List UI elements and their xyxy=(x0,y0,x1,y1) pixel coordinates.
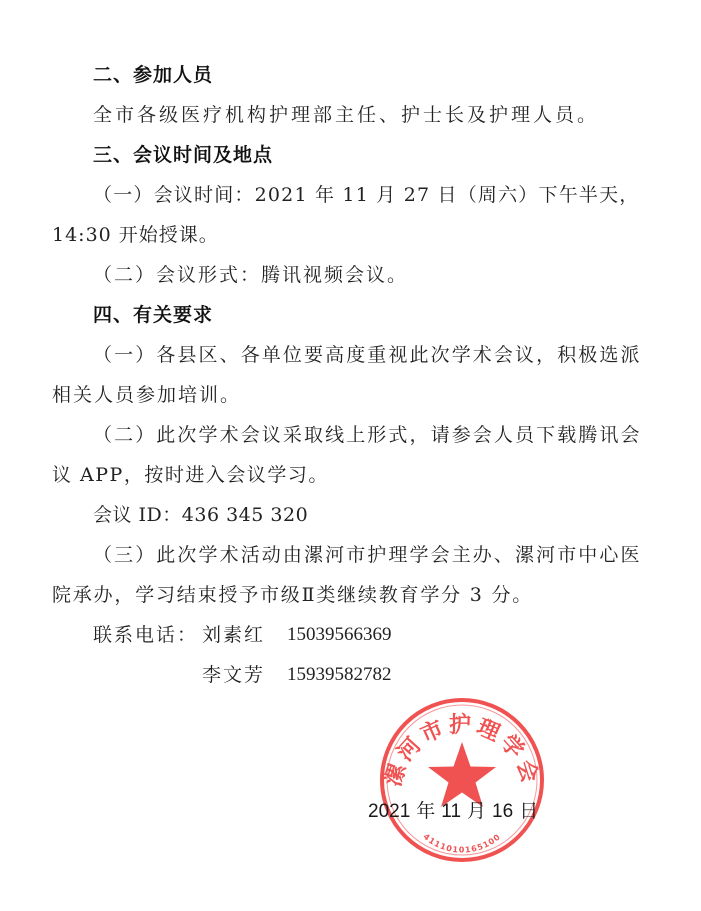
paragraph-requirement-3-line2: 院承办，学习结束授予市级Ⅱ类继续教育学分 3 分。 xyxy=(52,583,533,607)
paragraph-requirement-1-line2: 相关人员参加培训。 xyxy=(52,383,241,407)
paragraph-participants: 全市各级医疗机构护理部主任、护士长及护理人员。 xyxy=(93,103,599,127)
star-icon xyxy=(428,742,496,807)
contact-name-2: 李文芳 xyxy=(202,663,265,687)
paragraph-meeting-time-line1: （一）会议时间：2021 年 11 月 27 日（周六）下午半天， xyxy=(93,183,640,207)
date-year: 2021 xyxy=(368,801,410,822)
section-heading-requirements: 四、有关要求 xyxy=(93,303,213,327)
contact-phone-1: 15039566369 xyxy=(287,623,392,647)
paragraph-meeting-time-line2: 14:30 开始授课。 xyxy=(52,223,219,247)
date-year-unit: 年 xyxy=(416,801,435,822)
paragraph-requirement-3-line1: （三）此次学术活动由漯河市护理学会主办、漯河市中心医 xyxy=(93,543,642,567)
paragraph-requirement-2-line1: （二）此次学术会议采取线上形式，请参会人员下载腾讯会 xyxy=(93,423,642,447)
date-month: 11 xyxy=(441,801,461,822)
paragraph-meeting-format: （二）会议形式：腾讯视频会议。 xyxy=(93,263,408,287)
section-heading-participants: 二、参加人员 xyxy=(93,63,213,87)
contact-label: 联系电话： xyxy=(93,623,198,647)
signature-date: 2021年11月16日 xyxy=(368,800,544,824)
contact-phone-2: 15939582782 xyxy=(287,663,392,687)
paragraph-requirement-2-line2: 议 APP，按时进入会议学习。 xyxy=(52,463,329,487)
svg-text:4111010165100: 4111010165100 xyxy=(422,832,503,855)
date-day-unit: 日 xyxy=(519,801,538,822)
contact-name-1: 刘素红 xyxy=(202,623,265,647)
date-month-unit: 月 xyxy=(467,801,486,822)
document-page: 二、参加人员 全市各级医疗机构护理部主任、护士长及护理人员。 三、会议时间及地点… xyxy=(0,0,701,911)
official-seal-stamp: 漯河市护理学会 4111010165100 xyxy=(378,696,546,864)
date-day: 16 xyxy=(492,801,513,822)
paragraph-requirement-1-line1: （一）各县区、各单位要高度重视此次学术会议，积极选派 xyxy=(93,343,642,367)
section-heading-time-place: 三、会议时间及地点 xyxy=(93,143,273,167)
meeting-id: 会议 ID：436 345 320 xyxy=(93,503,308,527)
